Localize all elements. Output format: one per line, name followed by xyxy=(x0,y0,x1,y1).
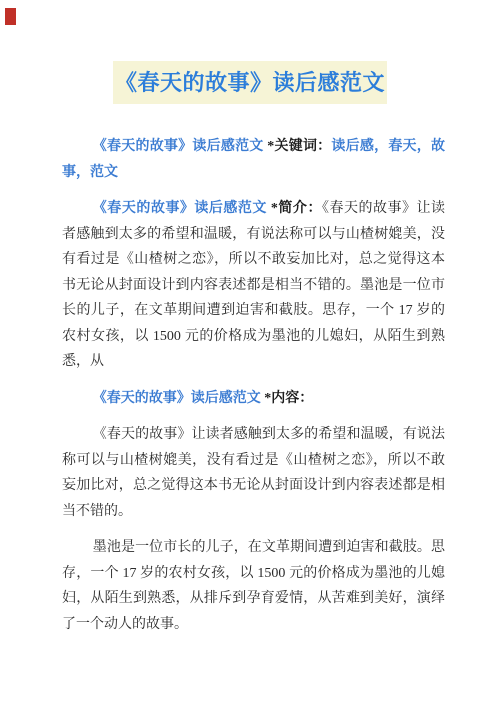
paragraph: 《春天的故事》读后感范文 *内容： xyxy=(62,386,445,412)
document-page: 《春天的故事》读后感范文 《春天的故事》读后感范文 *关键词：读后感，春天，故事… xyxy=(0,0,500,708)
paragraph: 墨池是一位市长的儿子，在文革期间遭到迫害和截肢。思存，一个 17 岁的农村女孩，… xyxy=(62,535,445,637)
text-run: *简介： xyxy=(267,201,322,216)
text-run: 《春天的故事》读后感范文 xyxy=(93,391,261,406)
text-run: 《春天的故事》让读者感触到太多的希望和温暖，有说法称可以与山楂树媲美，没有看过是… xyxy=(62,427,445,519)
title-row: 《春天的故事》读后感范文 xyxy=(0,0,500,104)
paragraph: 《春天的故事》读后感范文 *简介：《春天的故事》让读者感触到太多的希望和温暖，有… xyxy=(62,196,445,375)
page-title: 《春天的故事》读后感范文 xyxy=(113,61,387,104)
corner-red-mark xyxy=(5,8,16,25)
text-run: *内容： xyxy=(261,391,314,406)
text-run: 《春天的故事》让读者感触到太多的希望和温暖，有说法称可以与山楂树媲美，没有看过是… xyxy=(62,201,445,369)
text-run: 《春天的故事》读后感范文 xyxy=(93,139,264,154)
text-run: *关键词： xyxy=(264,139,332,154)
text-run: 墨池是一位市长的儿子，在文革期间遭到迫害和截肢。思存，一个 17 岁的农村女孩，… xyxy=(62,540,445,632)
paragraph: 《春天的故事》读后感范文 *关键词：读后感，春天，故事，范文 xyxy=(62,134,445,185)
document-body: 《春天的故事》读后感范文 *关键词：读后感，春天，故事，范文《春天的故事》读后感… xyxy=(0,134,445,637)
paragraph: 《春天的故事》让读者感触到太多的希望和温暖，有说法称可以与山楂树媲美，没有看过是… xyxy=(62,422,445,524)
text-run: 《春天的故事》读后感范文 xyxy=(93,201,267,216)
